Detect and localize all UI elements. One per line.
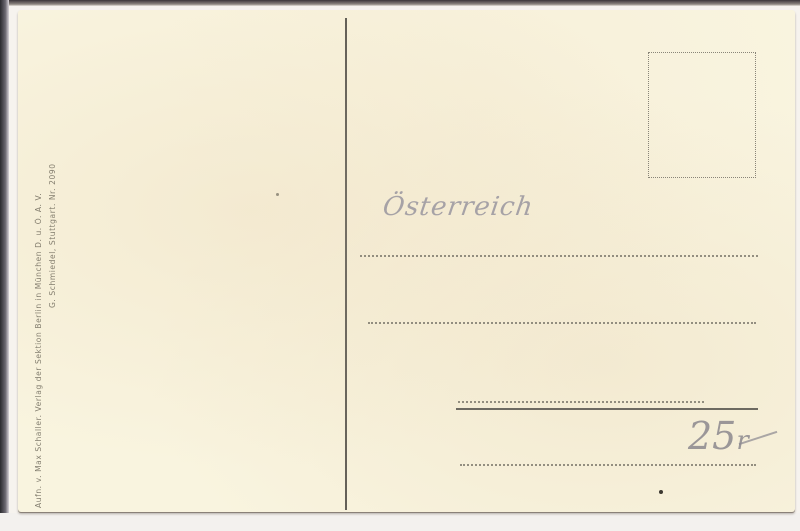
handwritten-price: 25r [688, 414, 749, 458]
scan-border-left [0, 0, 9, 531]
stamp-placeholder-box [648, 52, 756, 178]
handwritten-destination: Österreich [381, 192, 536, 222]
address-line-1 [360, 255, 758, 257]
address-line-2 [368, 322, 756, 324]
address-underline-solid [456, 408, 758, 410]
address-line-4 [460, 464, 756, 466]
scan-border-top [0, 0, 800, 6]
publisher-imprint: Aufn. v. Max Schaller. Verlag der Sektio… [32, 163, 60, 508]
imprint-line-1: Aufn. v. Max Schaller. Verlag der Sektio… [32, 163, 46, 508]
imprint-line-2: G. Schmiedel, Stuttgart. Nr. 2090 [46, 163, 60, 508]
price-value: 25 [688, 414, 736, 458]
ink-speck [276, 193, 279, 196]
scan-background-bottom [0, 513, 800, 531]
center-divider-line [345, 18, 347, 510]
address-line-3 [458, 401, 704, 403]
ink-speck [659, 490, 663, 494]
